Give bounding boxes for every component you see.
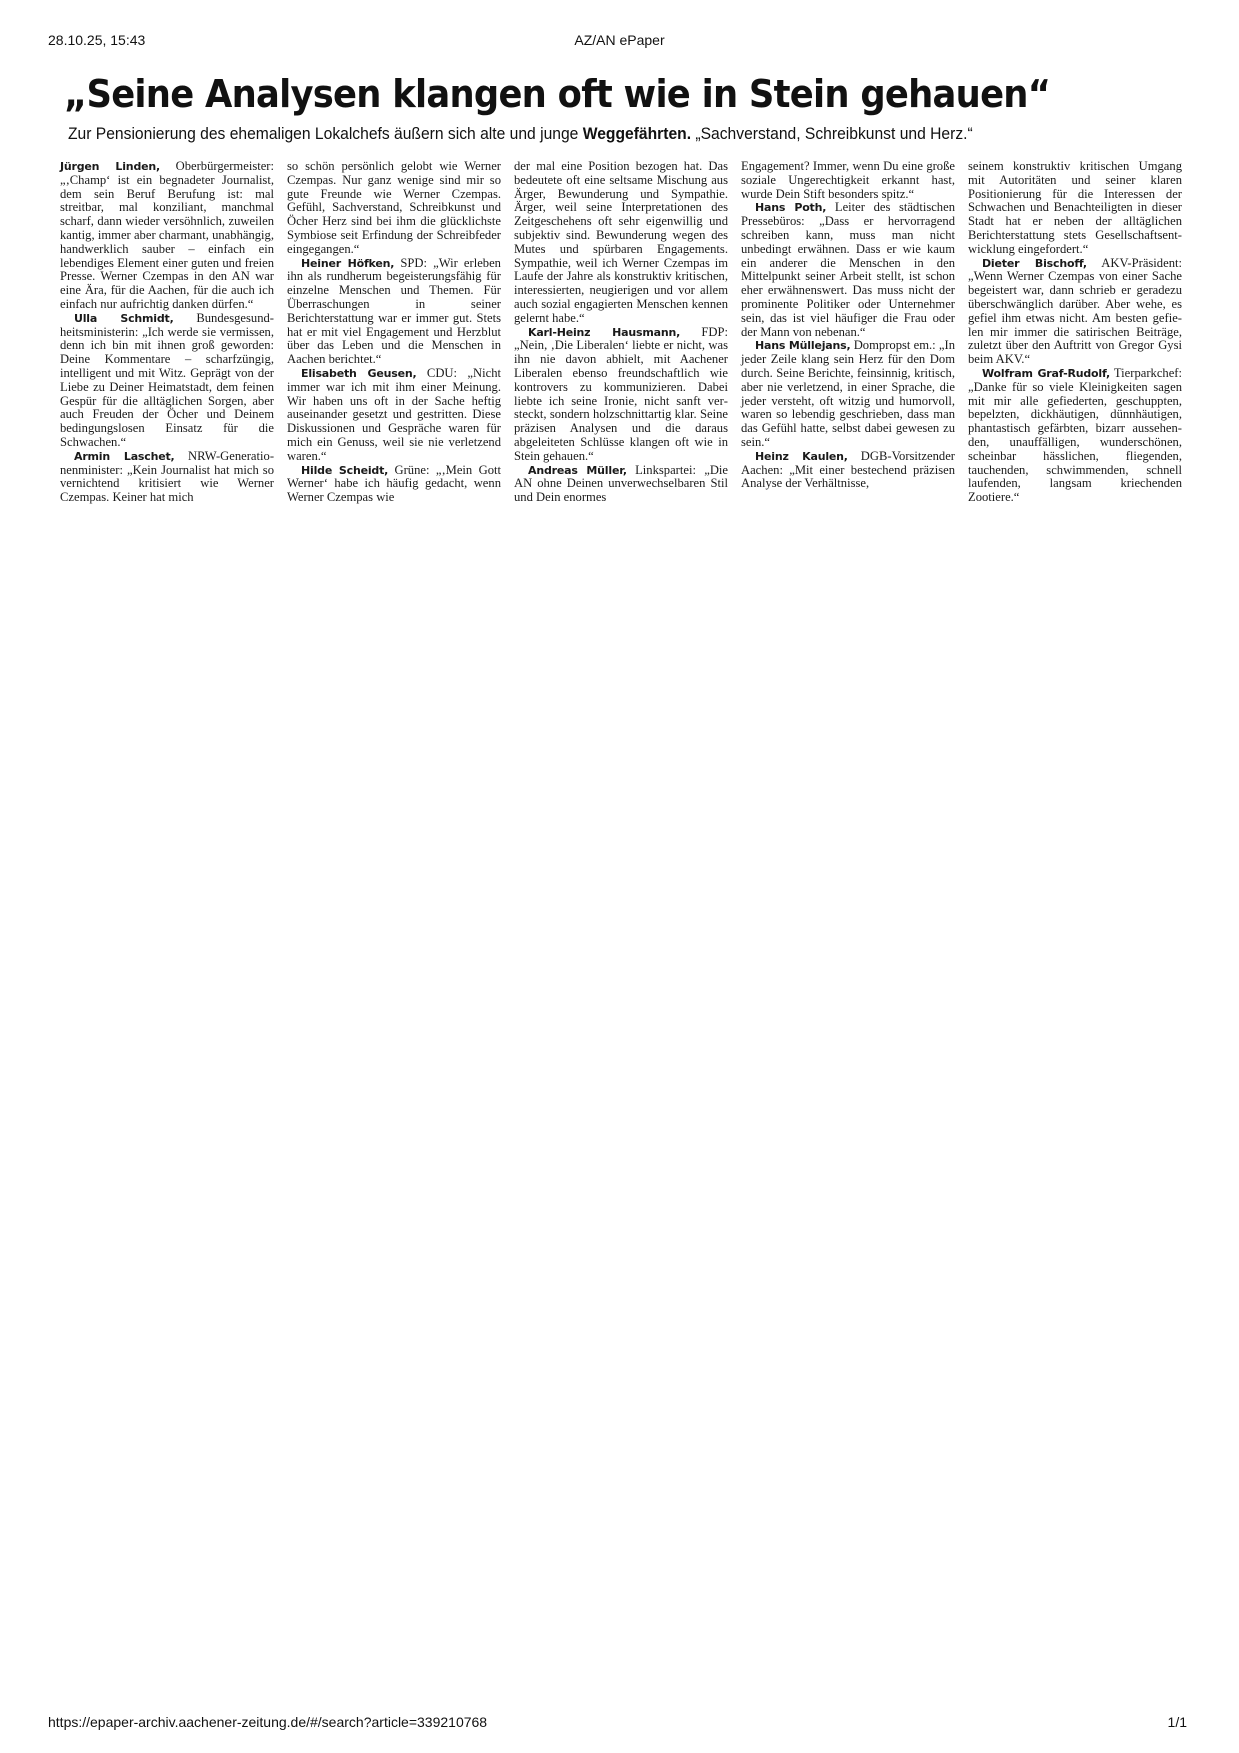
- paragraph-continuation: seinem konstruktiv kritischen Umgang mit…: [968, 160, 1182, 257]
- quote-paragraph: Ulla Schmidt, Bundesgesund­heitsminister…: [60, 312, 274, 450]
- column-2: so schön persönlich gelobt wie Werner Cz…: [287, 160, 501, 505]
- article-headline: „Seine Analysen klangen oft wie in Stein…: [64, 70, 1111, 118]
- speaker-name: Hans Müllejans,: [755, 339, 850, 352]
- quote-text: Tierpark­chef: „Danke für so viele Klein…: [968, 366, 1182, 504]
- article: „Seine Analysen klangen oft wie in Stein…: [60, 70, 1190, 146]
- speaker-name: Heiner Höfken,: [301, 257, 394, 270]
- quote-paragraph: Hans Poth, Leiter des städti­schen Press…: [741, 201, 955, 339]
- article-subline: Zur Pensionierung des ehemaligen Lokalch…: [68, 122, 1100, 146]
- speaker-name: Dieter Bischoff,: [982, 257, 1087, 270]
- print-url: https://epaper-archiv.aachener-zeitung.d…: [48, 1714, 487, 1730]
- quote-text: SPD: „Wir erle­ben ihn als rundherum beg…: [287, 256, 501, 367]
- column-4: Engagement? Immer, wenn Du eine große so…: [741, 160, 955, 505]
- quote-paragraph: Hilde Scheidt, Grüne: „‚Mein Gott Werner…: [287, 464, 501, 505]
- quote-text: so schön persönlich gelobt wie Werner Cz…: [287, 159, 501, 256]
- subline-quote: „Sachverstand, Schreibkunst und Herz.“: [691, 124, 973, 143]
- quote-text: Bundesgesund­heitsministerin: „Ich werde…: [60, 311, 274, 449]
- speaker-name: Elisabeth Geusen,: [301, 367, 417, 380]
- print-page-title: AZ/AN ePaper: [0, 32, 1239, 48]
- speaker-name: Andreas Müller,: [528, 464, 627, 477]
- quote-paragraph: Hans Müllejans, Dompropst em.: „In jeder…: [741, 339, 955, 449]
- speaker-name: Hilde Scheidt,: [301, 464, 388, 477]
- quote-text: CDU: „Nicht immer war ich mit ihm einer …: [287, 366, 501, 463]
- print-page-number: 1/1: [1168, 1714, 1187, 1730]
- speaker-name: Karl-Heinz Hausmann,: [528, 326, 680, 339]
- column-5: seinem konstruktiv kritischen Umgang mit…: [968, 160, 1182, 505]
- quote-paragraph: Elisabeth Geusen, CDU: „Nicht immer war …: [287, 367, 501, 464]
- quote-text: Dompropst em.: „In jeder Zeile klang sei…: [741, 338, 955, 449]
- column-3: der mal eine Position bezogen hat. Das b…: [514, 160, 728, 505]
- print-header: 28.10.25, 15:43 AZ/AN ePaper: [0, 32, 1239, 52]
- quote-text: der mal eine Position bezogen hat. Das b…: [514, 159, 728, 325]
- quote-paragraph: Heiner Höfken, SPD: „Wir erle­ben ihn al…: [287, 257, 501, 367]
- print-footer: https://epaper-archiv.aachener-zeitung.d…: [0, 1714, 1239, 1734]
- quote-paragraph: Heinz Kaulen, DGB-Vorsitzender Aachen: „…: [741, 450, 955, 491]
- speaker-name: Wolfram Graf-Rudolf,: [982, 367, 1110, 380]
- quote-text: seinem konstruktiv kritischen Umgang mit…: [968, 159, 1182, 256]
- quote-paragraph: Jürgen Linden, Oberbürgermeister: „‚Cham…: [60, 160, 274, 312]
- paragraph-continuation: Engagement? Immer, wenn Du eine große so…: [741, 160, 955, 201]
- quote-paragraph: Andreas Müller, Linkspartei: „Die AN ohn…: [514, 464, 728, 505]
- subline-text: Zur Pensionierung des ehemaligen Lokalch…: [68, 124, 583, 143]
- quote-text: AKV-Präsident: „Wenn Werner Czempas von …: [968, 256, 1182, 367]
- quote-paragraph: Dieter Bischoff, AKV-Präsident: „Wenn We…: [968, 257, 1182, 367]
- speaker-name: Ulla Schmidt,: [74, 312, 174, 325]
- quote-text: Engagement? Immer, wenn Du eine große so…: [741, 159, 955, 201]
- quote-text: Leiter des städti­schen Pressebüros: „Da…: [741, 200, 955, 338]
- quote-text: FDP: „Nein, ‚Die Liberalen‘ liebte er ni…: [514, 325, 728, 463]
- speaker-name: Hans Poth,: [755, 201, 826, 214]
- speaker-name: Jürgen Linden,: [60, 160, 160, 173]
- speaker-name: Heinz Kaulen,: [755, 450, 848, 463]
- column-1: Jürgen Linden, Oberbürgermeister: „‚Cham…: [60, 160, 274, 505]
- article-columns: Jürgen Linden, Oberbürgermeister: „‚Cham…: [60, 160, 1190, 505]
- paragraph-continuation: der mal eine Position bezogen hat. Das b…: [514, 160, 728, 326]
- quote-paragraph: Karl-Heinz Hausmann, FDP: „Nein, ‚Die Li…: [514, 326, 728, 464]
- quote-paragraph: Wolfram Graf-Rudolf, Tierpark­chef: „Dan…: [968, 367, 1182, 505]
- paragraph-continuation: so schön persönlich gelobt wie Werner Cz…: [287, 160, 501, 257]
- speaker-name: Armin Laschet,: [74, 450, 175, 463]
- quote-text: Oberbürgermeister: „‚Champ‘ ist ein begn…: [60, 159, 274, 311]
- quote-paragraph: Armin Laschet, NRW-Generatio­nenminister…: [60, 450, 274, 505]
- subline-bold: Weggefährten.: [583, 124, 691, 143]
